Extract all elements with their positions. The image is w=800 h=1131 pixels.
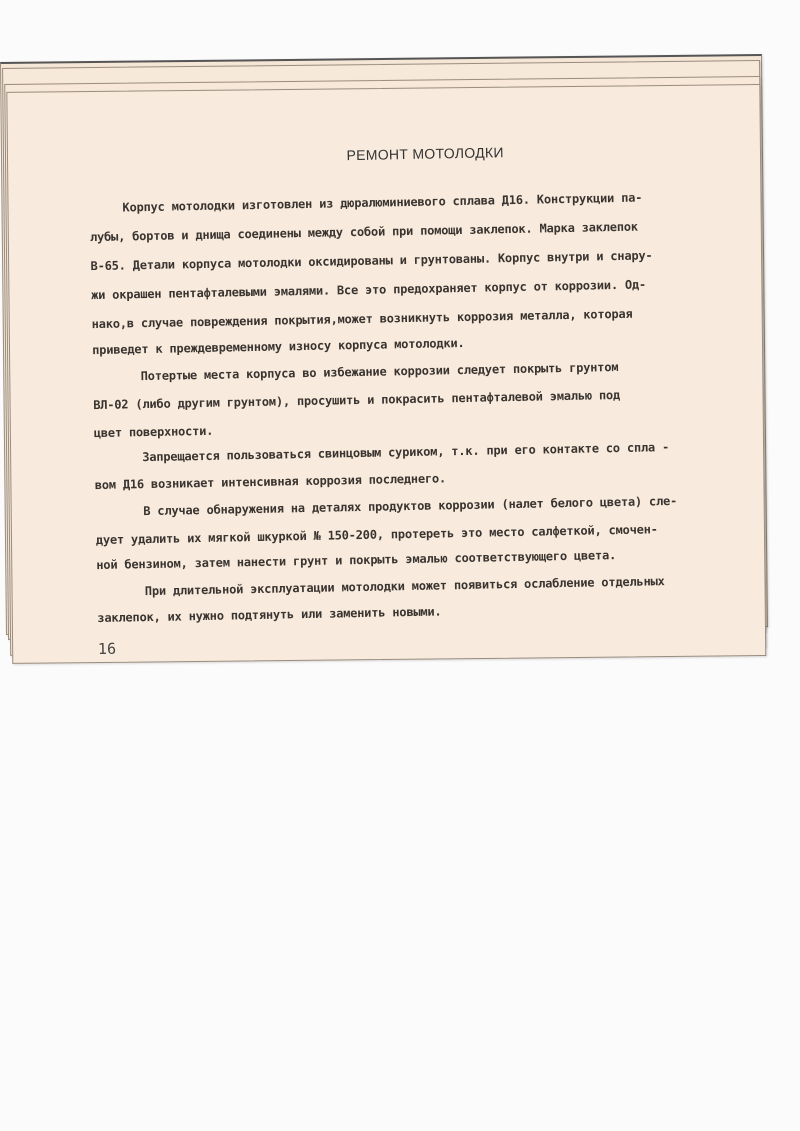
document-page: РЕМОНТ МОТОЛОДКИ Корпус мотолодки изгото… [0, 0, 800, 702]
text-line: В-65. Детали корпуса мотолодки оксидиров… [90, 248, 652, 273]
text-line: нако,в случае повреждения покрытия,может… [92, 307, 633, 331]
page-number: 16 [98, 640, 116, 658]
text-line: приведет к преждевременному износу корпу… [92, 336, 465, 357]
text-line: заклепок, их нужно подтянуть или заменит… [97, 604, 441, 625]
text-line: Запрещается пользоваться свинцовым сурик… [142, 440, 669, 464]
text-line: цвет поверхности. [94, 424, 214, 440]
text-line: ВЛ-02 (либо другим грунтом), просушить и… [93, 388, 620, 412]
text-line: В случае обнаружения на деталях продукто… [143, 494, 677, 518]
text-line: ной бензином, затем нанести грунт и покр… [96, 548, 616, 572]
text-line: Корпус мотолодки изготовлен из дюралюмин… [122, 191, 642, 215]
text-line: лубы, бортов и днища соединены между соб… [90, 220, 638, 245]
text-line: жи окрашен пентафталевыми эмалями. Все э… [91, 277, 646, 302]
text-line: вом Д16 возникает интенсивная коррозия п… [95, 471, 446, 492]
text-line: дует удалить их мягкой шкуркой № 150-200… [96, 522, 658, 547]
text-line: Потертые места корпуса во избежание корр… [141, 360, 619, 383]
page-title: РЕМОНТ МОТОЛОДКИ [346, 144, 504, 163]
text-line: При длительной эксплуатации мотолодки мо… [145, 574, 665, 598]
